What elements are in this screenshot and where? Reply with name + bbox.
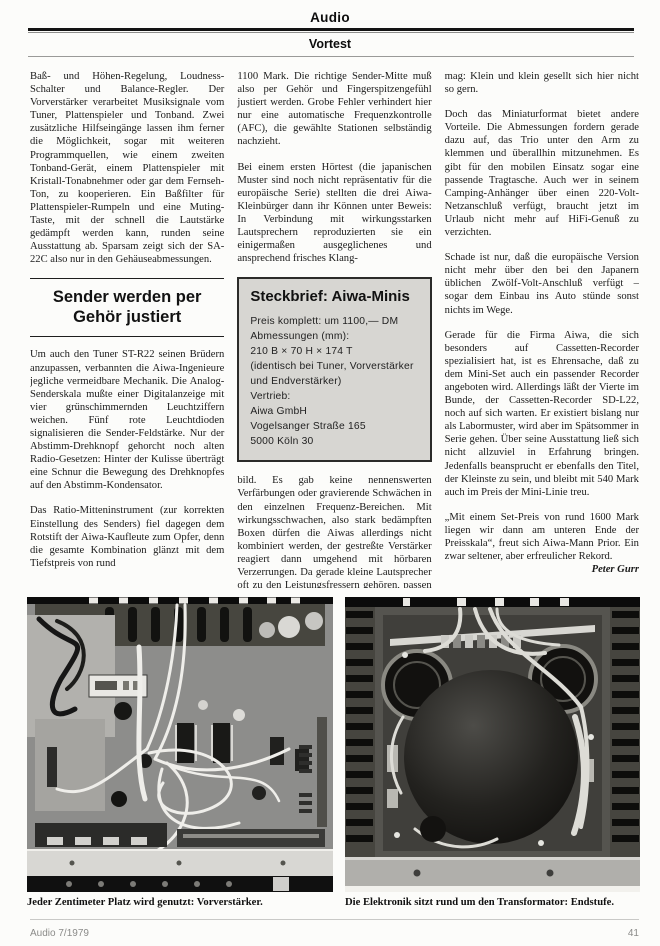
paragraph: Doch das Miniaturformat bietet andere Vo… — [445, 108, 639, 239]
steckbrief-line: Vertrieb: — [250, 389, 418, 404]
preamp-bottom — [27, 823, 333, 892]
steckbrief-line: Abmessungen (mm): — [250, 329, 418, 344]
amp-bottom-panel — [345, 857, 640, 892]
steckbrief-line: Vogelsanger Straße 165 — [250, 419, 418, 434]
paragraph: Das Ratio-Mitteninstrument (zur korrekte… — [30, 504, 224, 569]
column-1: Baß- und Höhen-Regelung, Loudness-Schalt… — [30, 70, 224, 588]
paragraph: Gerade für die Firma Aiwa, die sich beso… — [445, 329, 639, 499]
steckbrief-box: Steckbrief: Aiwa-Minis Preis komplett: u… — [237, 277, 431, 462]
photo-row: Jeder Zentimeter Platz wird genutzt: Vor… — [27, 597, 640, 909]
magazine-page: Audio Vortest Baß- und Höhen-Regelung, L… — [0, 0, 660, 946]
footer-page-number: 41 — [628, 928, 639, 939]
paragraph: mag: Klein und klein gesellt sich hier n… — [445, 70, 639, 96]
page-footer: Audio 7/1979 41 — [30, 919, 639, 939]
author-byline: Peter Gurr — [586, 563, 639, 576]
photo-preamp-interior — [27, 597, 333, 892]
steckbrief-line: (identisch bei Tuner, Vorverstärker und … — [250, 359, 418, 389]
heatsink-right — [610, 605, 640, 859]
paragraph: bild. Es gab keine nennenswerten Verfärb… — [237, 474, 431, 588]
column-2: 1100 Mark. Die richtige Sender-Mitte muß… — [237, 70, 431, 588]
photo-amplifier-interior — [345, 597, 640, 892]
steckbrief-line: Aiwa GmbH — [250, 404, 418, 419]
amp-top-band — [345, 597, 640, 607]
header-rule-thick — [28, 28, 634, 31]
photo-caption-right: Die Elektronik sitzt rund um den Transfo… — [345, 896, 640, 909]
steckbrief-line: 5000 Köln 30 — [250, 434, 418, 449]
paragraph: Schade ist nur, daß die europäische Vers… — [445, 251, 639, 316]
magazine-title: Audio — [0, 9, 660, 26]
photo-figure-amplifier: Die Elektronik sitzt rund um den Transfo… — [345, 597, 640, 909]
steckbrief-line: Preis komplett: um 1100,— DM — [250, 314, 418, 329]
header-rule-thin — [28, 32, 634, 33]
section-title: Vortest — [0, 37, 660, 52]
column-3: mag: Klein und klein gesellt sich hier n… — [445, 70, 639, 588]
steckbrief-title: Steckbrief: Aiwa-Minis — [250, 288, 418, 306]
section-rule — [28, 56, 634, 57]
footer-issue: Audio 7/1979 — [30, 928, 89, 939]
paragraph: 1100 Mark. Die richtige Sender-Mitte muß… — [237, 70, 431, 149]
paragraph: Bei einem ersten Hörtest (die japanische… — [237, 161, 431, 266]
paragraph: Um auch den Tuner ST-R22 seinen Brüdern … — [30, 348, 224, 492]
closing-paragraph: „Mit einem Set-Preis von rund 1600 Mark … — [445, 511, 639, 563]
steckbrief-line: 210 B × 70 H × 174 T — [250, 344, 418, 359]
page-header: Audio Vortest — [0, 0, 660, 57]
paragraph: Baß- und Höhen-Regelung, Loudness-Schalt… — [30, 70, 224, 266]
photo-figure-preamp: Jeder Zentimeter Platz wird genutzt: Vor… — [27, 597, 333, 909]
article-subheading: Sender werden per Gehör justiert — [30, 278, 224, 337]
article-columns: Baß- und Höhen-Regelung, Loudness-Schalt… — [30, 70, 639, 588]
photo-caption-left: Jeder Zentimeter Platz wird genutzt: Vor… — [27, 896, 333, 909]
paragraph-text: „Mit einem Set-Preis von rund 1600 Mark … — [445, 512, 639, 562]
heatsink-left — [345, 605, 375, 859]
